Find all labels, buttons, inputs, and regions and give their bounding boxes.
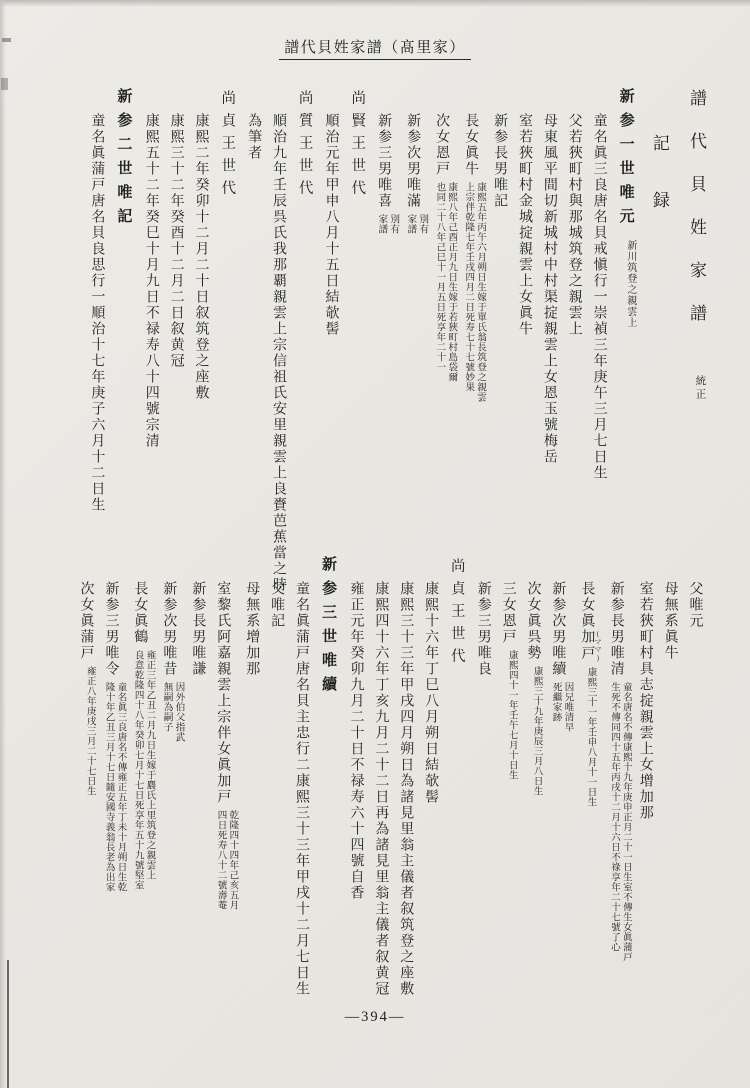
column-text: 記録 bbox=[650, 134, 669, 248]
scan-edge-shadow-top bbox=[0, 0, 750, 7]
scan-artifact bbox=[1, 78, 8, 90]
page-footer: ―394― bbox=[0, 1009, 750, 1026]
note-line: 童名眞三良唐名不傳雍正五年丁未十月朔日生乾 bbox=[114, 682, 126, 892]
text-column: 次女眞呉勢康熙三十九年庚辰三月八日生 bbox=[521, 556, 543, 1006]
column-text: 尚貞王世代 bbox=[219, 90, 235, 203]
column-text: 母無系增加那 bbox=[244, 581, 259, 677]
text-column: 次女眞蒲戸雍正八年庚戌三月二十七日生 bbox=[74, 556, 96, 1006]
note-line: 康熙四十一年壬午七月十日生 bbox=[505, 650, 517, 780]
column-text: 長女眞牛 bbox=[463, 113, 478, 177]
column-text: 長女眞鶴 bbox=[132, 581, 147, 645]
text-column: 新参次男唯滿別有家譜 bbox=[401, 88, 427, 550]
column-text: 次女恩戸 bbox=[434, 113, 449, 177]
column-text: 新参三男唯令 bbox=[103, 581, 118, 677]
column-text: 順治元年甲申八月十五日結欹髻 bbox=[324, 113, 339, 337]
text-column: 新参長男唯清童名唐名不傳康熙十九年庚申正月二十一日生室不傳生女眞蒲戸生死不傳同四… bbox=[604, 556, 630, 1006]
column-text: 童名眞蒲戸唐名貝良思行一順治十七年庚子六月十二日生 bbox=[89, 113, 104, 513]
column-text: 父若狹町村與那城筑登之親雲上 bbox=[567, 113, 582, 337]
inline-note: 康熙八年己酉正月九日生嫁于若狹町村島袋爾也同二十八年己巳十一月五日死享年二十一 bbox=[432, 182, 456, 382]
column-text: 雍正元年癸卯九月二十日不禄寿六十四號自香 bbox=[348, 581, 363, 901]
text-column: 新参長男唯記 bbox=[488, 88, 510, 550]
inline-note: 康熙三十一年壬申八月十一日生 bbox=[584, 667, 596, 807]
column-text: 父唯記 bbox=[269, 581, 284, 629]
page-header: 譜代貝姓家譜（髙里家） bbox=[0, 36, 750, 60]
page-title: 譜代貝姓家譜（髙里家） bbox=[279, 36, 471, 60]
text-column: 新参次男唯昔因外伯父指武無嗣為嗣子 bbox=[157, 556, 183, 1006]
note-line: 別有 bbox=[415, 214, 427, 234]
section-header-column: 新参一世唯元新川筑登之親雲上 bbox=[614, 88, 638, 550]
section-header-column: 新参三世唯續 bbox=[316, 556, 340, 1006]
era-header-column: 尚貞王世代 bbox=[215, 88, 238, 550]
column-text: 康熙十六年丁巳八月朔日結欹髻 bbox=[423, 581, 438, 805]
text-column: 次女恩戸康熙八年己酉正月九日生嫁于若狹町村島袋爾也同二十八年己巳十一月五日死享年… bbox=[430, 88, 456, 550]
note-line: 雍正三年乙丑二月九日生嫁于麎氏上里筑登之親雲上 bbox=[143, 650, 155, 890]
note-line: 康熙三十九年庚辰三月八日生 bbox=[530, 666, 542, 796]
note-line: 因外伯父指武 bbox=[172, 682, 184, 742]
text-column: 母無系眞牛 bbox=[658, 556, 680, 1006]
inline-note: 童名唐名不傳康熙十九年庚申正月二十一日生室不傳生女眞蒲戸生死不傳同四十五年丙戌十… bbox=[607, 682, 631, 962]
note-line: 家譜 bbox=[403, 214, 415, 234]
note-line: 童名唐名不傳康熙十九年庚申正月二十一日生室不傳生女眞蒲戸 bbox=[619, 682, 631, 962]
column-text: 新参三男唯喜 bbox=[376, 113, 391, 209]
column-text: 室若狹町村具志掟親雲上女增加那 bbox=[638, 581, 653, 821]
text-column: 母無系增加那 bbox=[240, 556, 262, 1006]
column-text: 母東風平間切新城村中村渠掟親雲上女恩玉號梅岳 bbox=[542, 113, 557, 465]
column-text: 順治九年壬辰呉氏我那覇親雲上宗信祖氏安里親雲上良賚芭蕉當之時 bbox=[271, 113, 286, 593]
column-text: 新参三世唯續 bbox=[320, 556, 337, 700]
inline-note: 別有家譜 bbox=[374, 214, 398, 234]
inline-note: 康熙四十一年壬午七月十日生 bbox=[505, 650, 517, 780]
text-column: 康熙五十二年癸巳十月九日不禄寿八十四號宗清 bbox=[139, 88, 161, 550]
inline-note: 別有家譜 bbox=[403, 214, 427, 234]
text-column: 長女眞牛康熙五年丙午六月朔日生嫁于單氏翁長筑登之親雲上宗伴乾隆七年壬戌四月二日死… bbox=[459, 88, 485, 550]
column-text: 長女眞 bbox=[579, 581, 594, 629]
text-column: 康熙三十二年癸酉十二月二日叙黄冠 bbox=[164, 88, 186, 550]
era-header-column: 尚賢王世代 bbox=[345, 88, 368, 550]
column-text: 康熙二年癸卯十二月二十日叙筑登之座敷 bbox=[194, 113, 209, 401]
note-line: 統正 bbox=[693, 375, 706, 402]
column-text: 新参二世唯記 bbox=[115, 88, 132, 232]
column-text: 康熙三十三年甲戌四月朔日為諸見里翁主儀者叙筑登之座敷 bbox=[398, 581, 413, 997]
text-column: 新参長男唯謙 bbox=[186, 556, 208, 1006]
text-column: 長女眞加戸(ママ)康熙三十一年壬申八月十一日生 bbox=[575, 556, 602, 1006]
era-header-column: 尚貞王世代 bbox=[445, 556, 468, 1006]
column-text: 父唯元 bbox=[688, 581, 703, 629]
scanned-page: 譜代貝姓家譜（髙里家） 譜代貝姓家譜統正記録新参一世唯元新川筑登之親雲上童名眞三… bbox=[0, 0, 750, 1088]
inline-note: 統正 bbox=[693, 375, 706, 402]
text-column: 康熙四十六年丁亥九月二十二日再為諸見里翁主儀者叙黄冠 bbox=[369, 556, 391, 1006]
text-column: 室黎氏阿嘉親雲上宗伴女眞加戸乾隆四十四年己亥五月四日死寿八十二號壽菴 bbox=[211, 556, 237, 1006]
column-text: 尚貞王世代 bbox=[449, 558, 465, 671]
column-text: 童名眞三良唐名貝戒愼行一崇禎三年庚午三月七日生 bbox=[592, 113, 607, 481]
column-text: 新参次男唯續 bbox=[550, 581, 565, 677]
document-title-column: 譜代貝姓家譜統正 bbox=[683, 88, 710, 550]
note-line: 家譜 bbox=[374, 214, 386, 234]
note-line: 死繼家跡 bbox=[549, 682, 561, 732]
text-column: 順治九年壬辰呉氏我那覇親雲上宗信祖氏安里親雲上良賚芭蕉當之時 bbox=[267, 88, 289, 550]
text-column: 新参三男唯良 bbox=[471, 556, 493, 1006]
text-column: 童名眞三良唐名貝戒愼行一崇禎三年庚午三月七日生 bbox=[587, 88, 609, 550]
note-line: 四日死寿八十二號壽菴 bbox=[214, 810, 226, 910]
column-text: 譜代貝姓家譜 bbox=[687, 89, 706, 347]
text-column: 為筆者 bbox=[242, 88, 264, 550]
column-text: 母無系眞牛 bbox=[663, 581, 678, 661]
text-column: 父唯元 bbox=[683, 556, 705, 1006]
text-column: 童名眞蒲戸唐名貝良思行一順治十七年庚子六月十二日生 bbox=[85, 88, 107, 550]
text-column: 康熙十六年丁巳八月朔日結欹髻 bbox=[419, 556, 441, 1006]
column-text: 新参三男唯良 bbox=[476, 581, 491, 677]
text-column: 順治元年甲申八月十五日結欹髻 bbox=[319, 88, 341, 550]
text-column: 康熙三十三年甲戌四月朔日為諸見里翁主儀者叙筑登之座敷 bbox=[394, 556, 416, 1006]
sic-annotation: (ママ) bbox=[593, 629, 602, 662]
note-line: 康熙八年己酉正月九日生嫁于若狹町村島袋爾 bbox=[444, 182, 456, 382]
column-text: 三女恩戸 bbox=[501, 581, 516, 645]
note-line: 乾隆四十四年己亥五月 bbox=[226, 810, 238, 910]
column-text: 康熙三十二年癸酉十二月二日叙黄冠 bbox=[169, 113, 184, 369]
text-column: 室若狹町村金城掟親雲上女眞牛 bbox=[513, 88, 535, 550]
text-column: 父若狹町村與那城筑登之親雲上 bbox=[562, 88, 584, 550]
text-column: 新参三男唯令童名眞三良唐名不傳雍正五年丁未十月朔日生乾隆十年乙丑三月十七日隨安國… bbox=[99, 556, 125, 1006]
note-line: 無嗣為嗣子 bbox=[160, 682, 172, 742]
column-text: 康熙五十二年癸巳十月九日不禄寿八十四號宗清 bbox=[144, 113, 159, 449]
note-line: 生死不傳同四十五年丙戌十二月十六日不祿享年二十七號了心 bbox=[607, 682, 619, 962]
text-column: 新参次男唯續因兄唯清早死繼家跡 bbox=[546, 556, 572, 1006]
inline-note: 乾隆四十四年己亥五月四日死寿八十二號壽菴 bbox=[214, 810, 238, 910]
column-text: 為筆者 bbox=[246, 113, 261, 161]
column-text: 新参長男唯清 bbox=[609, 581, 624, 677]
text-column: 雍正元年癸卯九月二十日不禄寿六十四號自香 bbox=[344, 556, 366, 1006]
column-text: 次女眞蒲戸 bbox=[79, 581, 94, 661]
lower-register: 父唯元母無系眞牛室若狹町村具志掟親雲上女增加那新参長男唯清童名唐名不傳康熙十九年… bbox=[72, 556, 708, 1006]
column-text: 新参一世唯元 bbox=[618, 88, 635, 232]
column-text: 次女眞呉勢 bbox=[525, 581, 540, 661]
column-text: 新参長男唯記 bbox=[492, 113, 507, 209]
text-column: 母東風平間切新城村中村渠掟親雲上女恩玉號梅岳 bbox=[537, 88, 559, 550]
upper-register: 譜代貝姓家譜統正記録新参一世唯元新川筑登之親雲上童名眞三良唐名貝戒愼行一崇禎三年… bbox=[82, 88, 716, 550]
inline-note: 康熙三十九年庚辰三月八日生 bbox=[530, 666, 542, 796]
inline-note: 康熙五年丙午六月朔日生嫁于單氏翁長筑登之親雲上宗伴乾隆七年壬戌四月二日死寿七十七… bbox=[461, 182, 485, 402]
section-header-column: 新参二世唯記 bbox=[111, 88, 135, 550]
note-line: 康熙三十一年壬申八月十一日生 bbox=[584, 667, 596, 807]
text-column: 長女眞鶴雍正三年乙丑二月九日生嫁于麎氏上里筑登之親雲上良意乾隆四十八年癸卯七月十… bbox=[128, 556, 154, 1006]
inline-note: 雍正三年乙丑二月九日生嫁于麎氏上里筑登之親雲上良意乾隆四十八年癸卯七月十七日死享… bbox=[131, 650, 155, 890]
column-text: 新参長男唯謙 bbox=[190, 581, 205, 677]
inline-note: 童名眞三良唐名不傳雍正五年丁未十月朔日生乾隆十年乙丑三月十七日隨安國寺義翁長老為… bbox=[102, 682, 126, 892]
note-line: 上宗伴乾隆七年壬戌四月二日死寿七十七號妙果 bbox=[461, 182, 473, 402]
page-number: ―394― bbox=[345, 1009, 406, 1025]
column-text: 室若狹町村金城掟親雲上女眞牛 bbox=[517, 113, 532, 337]
text-column: 父唯記 bbox=[265, 556, 287, 1006]
column-text: 尚質王世代 bbox=[297, 90, 313, 203]
text-column: 童名眞蒲戸唐名貝主忠行二康熙三十三年甲戌十二月七日生 bbox=[290, 556, 312, 1006]
column-text: 新参次男唯昔 bbox=[161, 581, 176, 677]
text-column: 康熙二年癸卯十二月二十日叙筑登之座敷 bbox=[189, 88, 211, 550]
ruby-annotated-text: 加戸(ママ) bbox=[579, 629, 594, 662]
note-line: 別有 bbox=[386, 214, 398, 234]
inline-note: 因兄唯清早死繼家跡 bbox=[549, 682, 573, 732]
note-line: 也同二十八年己巳十一月五日死享年二十一 bbox=[432, 182, 444, 382]
note-line: 新川筑登之親雲上 bbox=[623, 240, 636, 328]
record-heading-column: 記録 bbox=[646, 88, 673, 550]
note-line: 良意乾隆四十八年癸卯七月十七日死享年五十九號堅室 bbox=[131, 650, 143, 890]
inline-note: 新川筑登之親雲上 bbox=[623, 240, 636, 328]
note-line: 隆十年乙丑三月十七日隨安國寺義翁長老為出家 bbox=[102, 682, 114, 892]
column-text: 童名眞蒲戸唐名貝主忠行二康熙三十三年甲戌十二月七日生 bbox=[294, 581, 309, 997]
inline-note: 雍正八年庚戌三月二十七日生 bbox=[83, 666, 95, 796]
text-column: 新参三男唯喜別有家譜 bbox=[372, 88, 398, 550]
note-line: 雍正八年庚戌三月二十七日生 bbox=[83, 666, 95, 796]
scan-edge-shadow-left bbox=[0, 0, 6, 1088]
note-line: 康熙五年丙午六月朔日生嫁于單氏翁長筑登之親雲 bbox=[473, 182, 485, 402]
column-text: 新参次男唯滿 bbox=[405, 113, 420, 209]
column-text: 康熙四十六年丁亥九月二十二日再為諸見里翁主儀者叙黄冠 bbox=[373, 581, 388, 997]
inline-note: 因外伯父指武無嗣為嗣子 bbox=[160, 682, 184, 742]
text-column: 室若狹町村具志掟親雲上女增加那 bbox=[633, 556, 655, 1006]
text-column: 三女恩戸康熙四十一年壬午七月十日生 bbox=[496, 556, 518, 1006]
column-text: 尚賢王世代 bbox=[349, 90, 365, 203]
column-text: 室黎氏阿嘉親雲上宗伴女眞加戸 bbox=[215, 581, 230, 805]
era-header-column: 尚質王世代 bbox=[292, 88, 315, 550]
note-line: 因兄唯清早 bbox=[561, 682, 573, 732]
